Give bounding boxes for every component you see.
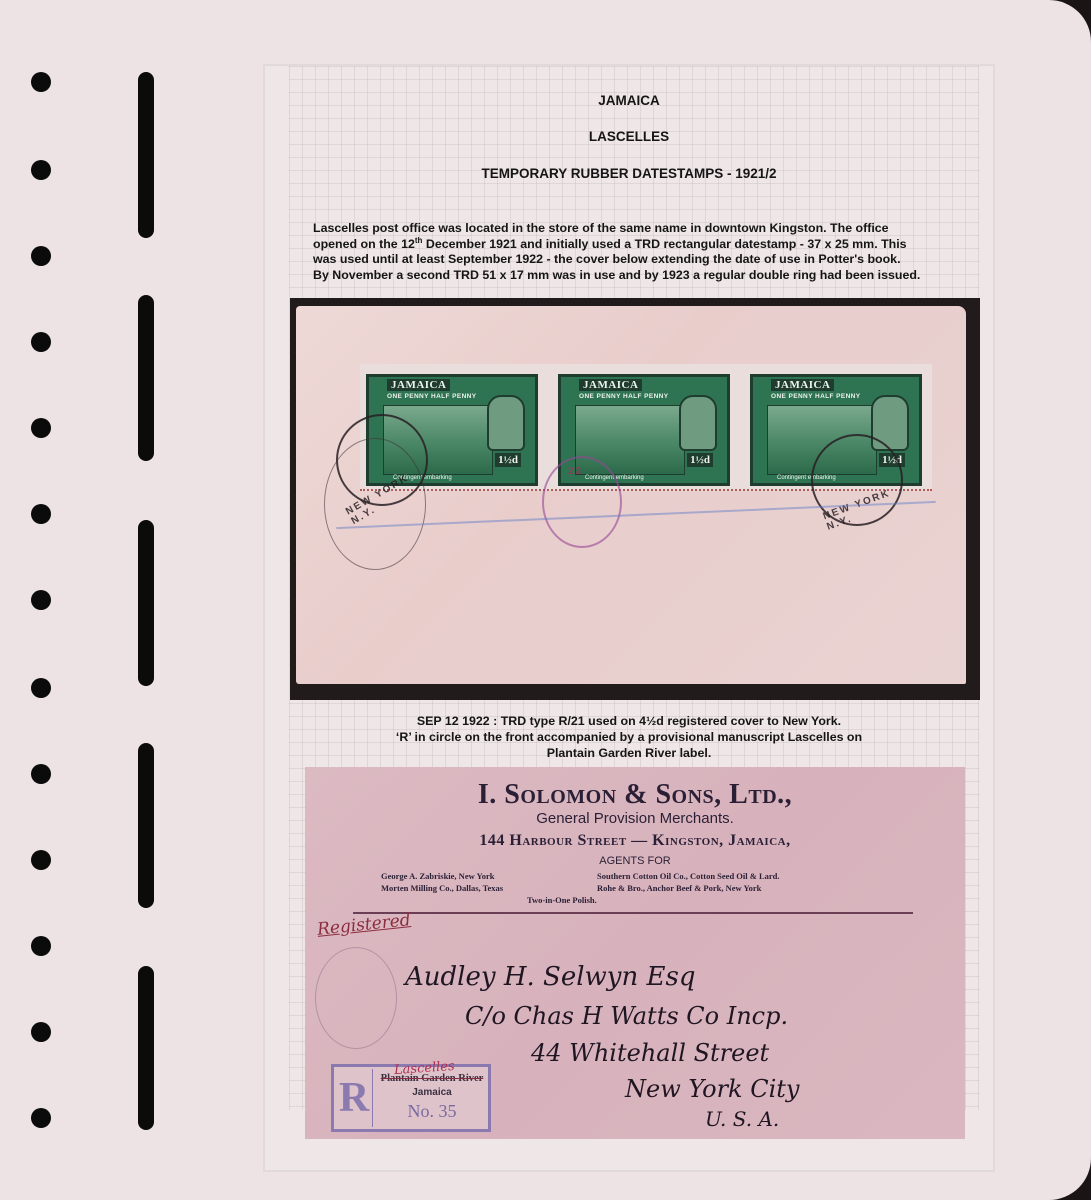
letterhead-rule	[353, 912, 913, 914]
cover-caption: SEP 12 1922 : TRD type R/21 used on 4½d …	[305, 713, 953, 761]
reg-letter: R	[336, 1069, 373, 1127]
intro-line: Lascelles post office was located in the…	[313, 221, 953, 237]
agents-heading: AGENTS FOR	[305, 855, 965, 867]
agent-item: Morten Milling Co., Dallas, Texas	[381, 883, 503, 893]
stamp-value-text: ONE PENNY HALF PENNY	[387, 393, 477, 400]
agent-item: Rohe & Bro., Anchor Beef & Pork, New Yor…	[597, 883, 761, 893]
company-address: 144 Harbour Street — Kingston, Jamaica,	[305, 832, 965, 850]
address-line: U. S. A.	[705, 1107, 779, 1131]
caption-line: ‘R’ in circle on the front accompanied b…	[305, 729, 953, 745]
address-line: C/o Chas H Watts Co Incp.	[465, 1002, 788, 1030]
cover-front: I. Solomon & Sons, Ltd., General Provisi…	[305, 767, 965, 1139]
intro-line: By November a second TRD 51 x 17 mm was …	[313, 268, 953, 284]
album-page: JAMAICA LASCELLES TEMPORARY RUBBER DATES…	[0, 0, 1091, 1200]
company-name: I. Solomon & Sons, Ltd.,	[305, 779, 965, 811]
reg-number: No. 35	[376, 1101, 488, 1122]
page-title: JAMAICA	[265, 93, 993, 108]
stamp-country: JAMAICA	[579, 379, 642, 391]
binder-hole	[31, 764, 51, 784]
stamp-value-text: ONE PENNY HALF PENNY	[579, 393, 669, 400]
company-tagline: General Provision Merchants.	[305, 810, 965, 827]
binder-hole	[31, 246, 51, 266]
binder-slot	[138, 72, 154, 238]
binder-slot	[138, 966, 154, 1130]
binder-hole	[31, 678, 51, 698]
cover-back: JAMAICA ONE PENNY HALF PENNY 1½d Conting…	[296, 306, 966, 684]
binder-hole	[31, 850, 51, 870]
registration-label: R Plantain Garden River Lascelles Jamaic…	[331, 1064, 491, 1132]
cover-back-mount: JAMAICA ONE PENNY HALF PENNY 1½d Conting…	[290, 298, 980, 700]
binder-hole	[31, 504, 51, 524]
intro-line: opened on the 12th December 1921 and ini…	[313, 237, 953, 253]
binder-hole	[31, 1108, 51, 1128]
binder-slot	[138, 295, 154, 461]
binder-hole	[31, 1022, 51, 1042]
binder-hole	[31, 160, 51, 180]
section-title: TEMPORARY RUBBER DATESTAMPS - 1921/2	[265, 166, 993, 181]
binder-hole	[31, 590, 51, 610]
binder-hole	[31, 936, 51, 956]
address-line: New York City	[625, 1075, 799, 1103]
intro-paragraph: Lascelles post office was located in the…	[313, 221, 953, 283]
r-in-circle-mark	[315, 947, 397, 1049]
stamp-value-text: ONE PENNY HALF PENNY	[771, 393, 861, 400]
postmark-violet: 22	[542, 456, 622, 548]
intro-line: was used until at least September 1922 -…	[313, 252, 953, 268]
registered-manuscript: Registered	[316, 910, 411, 940]
stamp-denomination: 1½d	[495, 453, 521, 467]
address-line: Audley H. Selwyn Esq	[405, 962, 695, 992]
postmark-faint	[324, 438, 426, 570]
address-line: 44 Whitehall Street	[531, 1039, 769, 1067]
agent-item: Two-in-One Polish.	[527, 895, 597, 905]
binder-hole	[31, 332, 51, 352]
stamp-denomination: 1½d	[687, 453, 713, 467]
caption-line: SEP 12 1922 : TRD type R/21 used on 4½d …	[305, 713, 953, 729]
agent-item: Southern Cotton Oil Co., Cotton Seed Oil…	[597, 871, 780, 881]
king-portrait-icon	[679, 395, 717, 451]
stamp-country: JAMAICA	[387, 379, 450, 391]
caption-line: Plantain Garden River label.	[305, 745, 953, 761]
page-subtitle: LASCELLES	[265, 129, 993, 144]
binder-slot	[138, 743, 154, 908]
binder-hole	[31, 72, 51, 92]
agent-item: George A. Zabriskie, New York	[381, 871, 494, 881]
reg-country: Jamaica	[376, 1087, 488, 1098]
king-portrait-icon	[487, 395, 525, 451]
stamp-country: JAMAICA	[771, 379, 834, 391]
binder-slot	[138, 520, 154, 686]
binder-hole	[31, 418, 51, 438]
postmark-new-york: NEW YORK N.Y.	[811, 434, 903, 526]
